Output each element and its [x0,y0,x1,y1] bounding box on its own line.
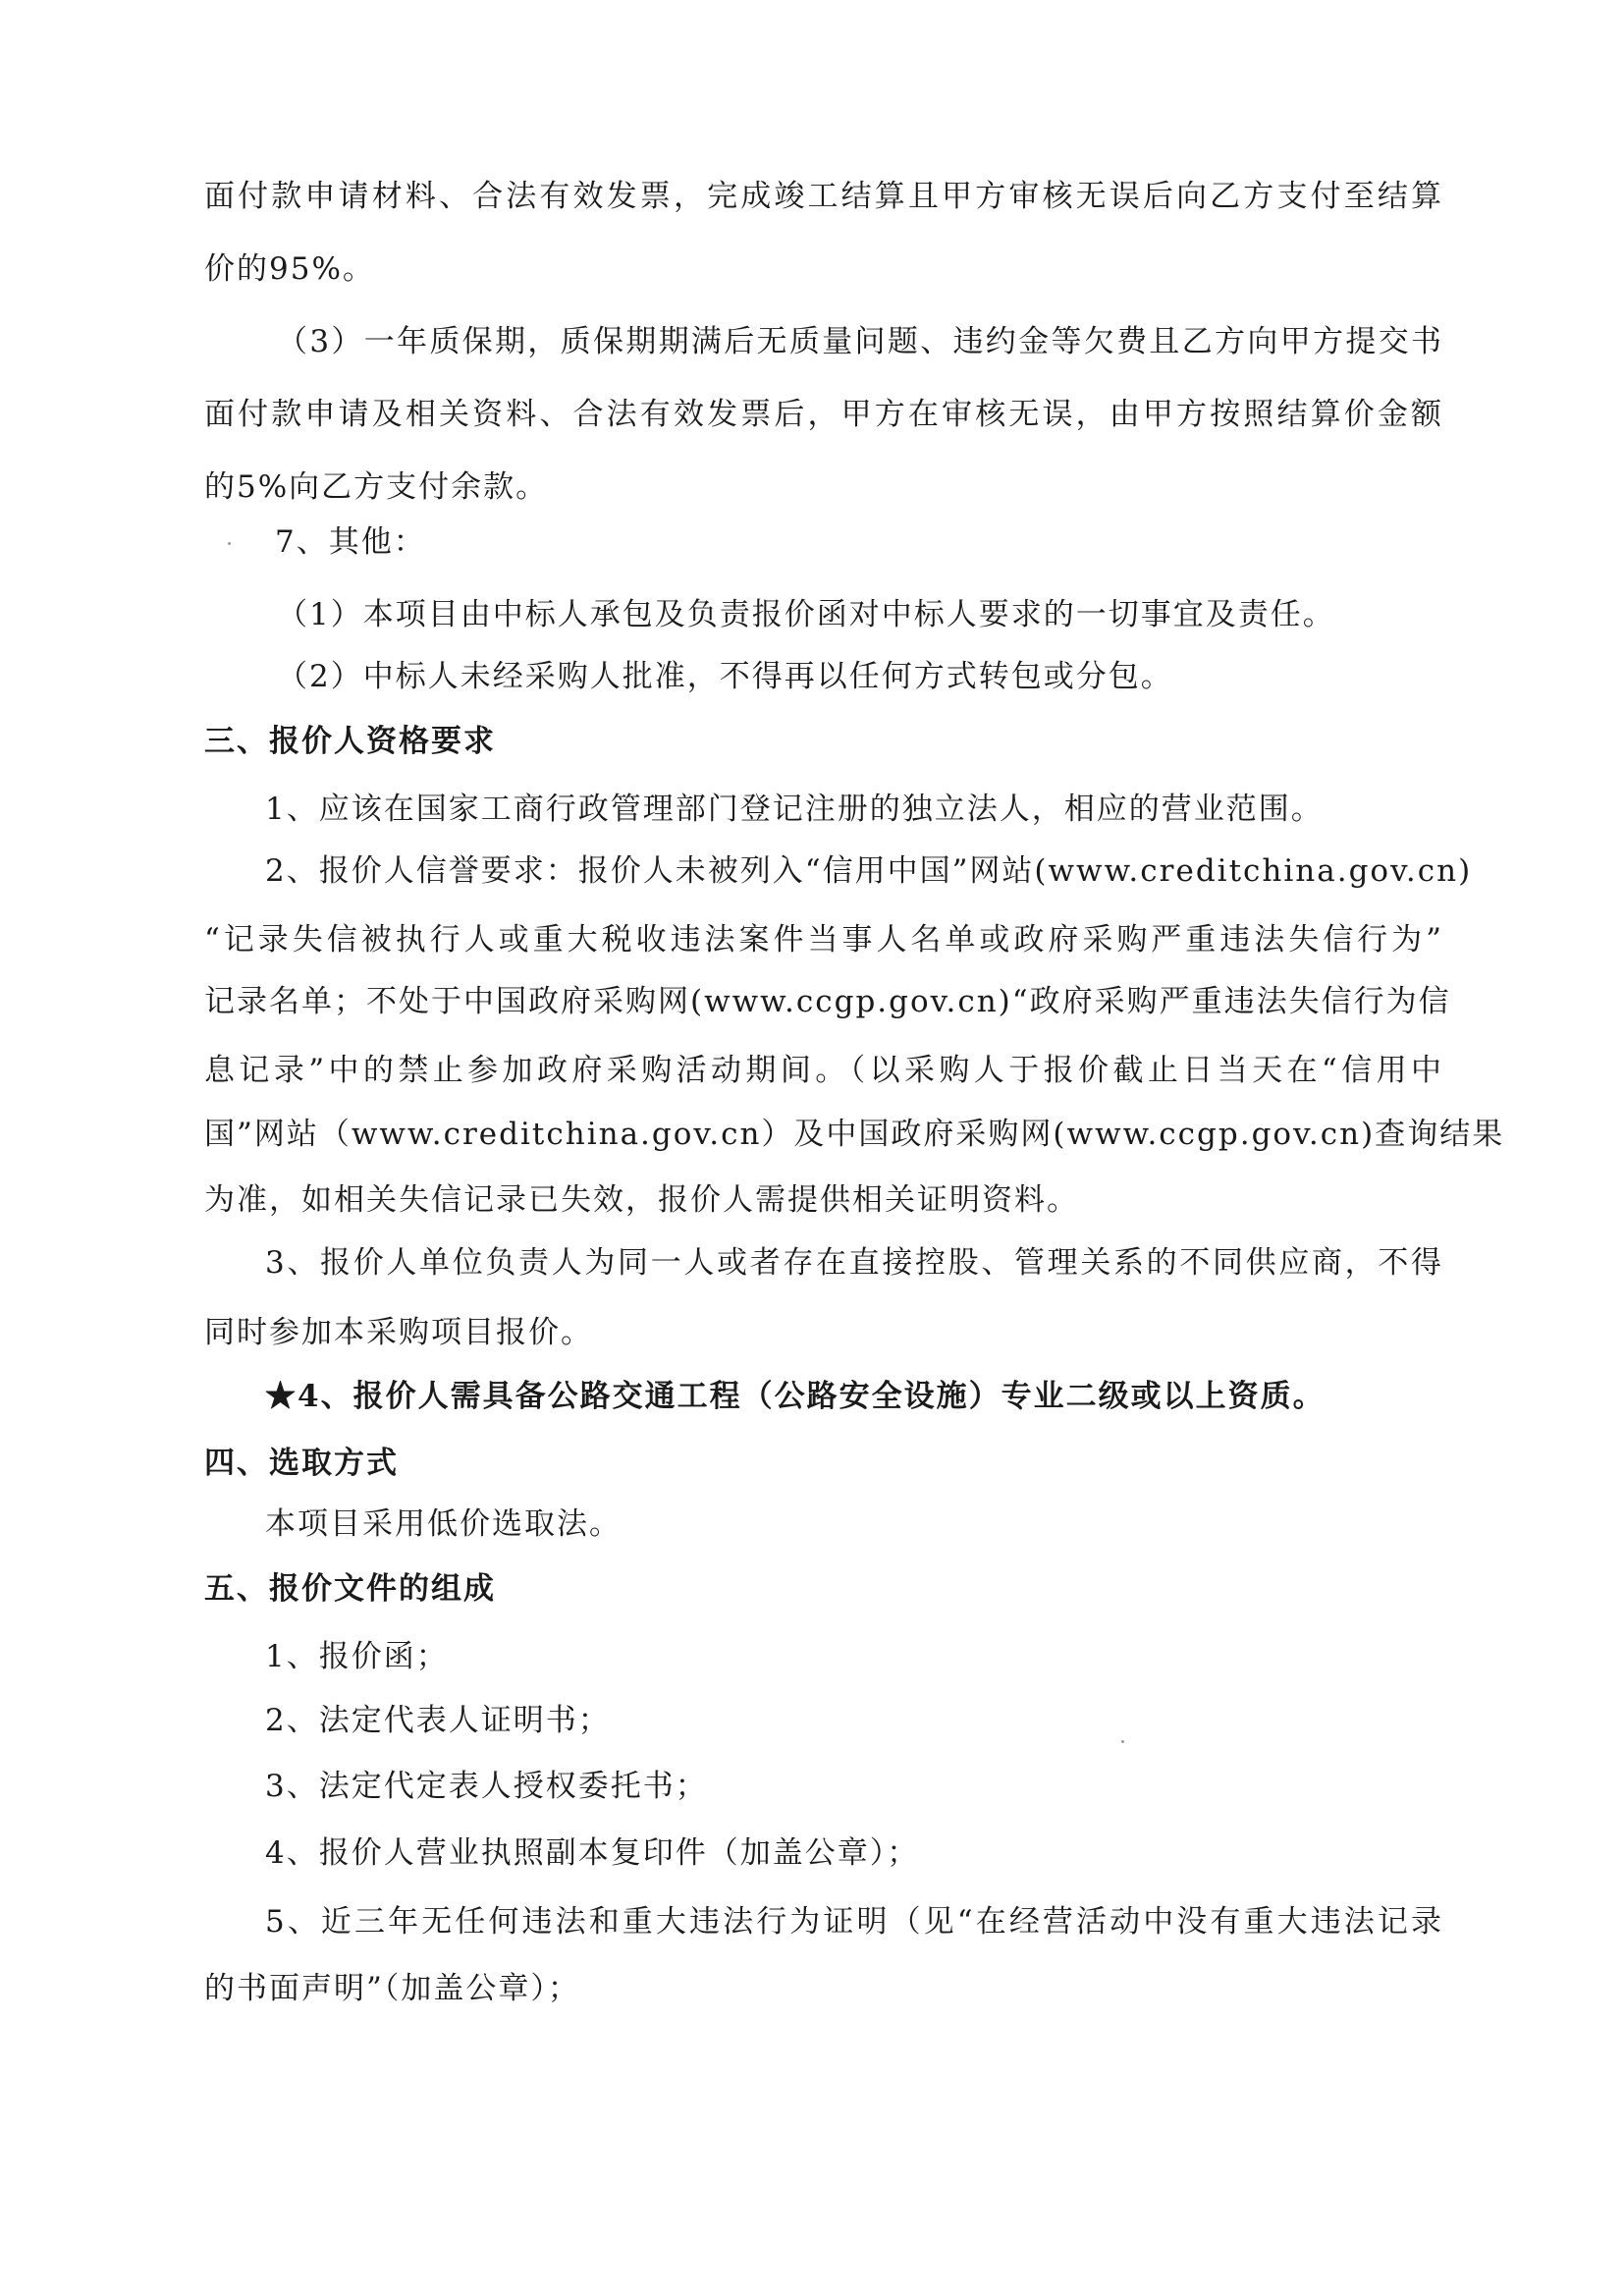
doc-item-5-end: 的书面声明”（加盖公章）； [204,1967,1443,2010]
payment-clause-3-end: 的5%向乙方支付余款。 [204,465,1443,509]
qualification-2-line2: “记录失信被执行人或重大税收违法案件当事人名单或政府采购严重违法失信行为” [204,918,1443,961]
document-page: 面付款申请材料、合法有效发票，完成竣工结算且甲方审核无误后向乙方支付至结算 价的… [0,0,1624,2296]
qualification-3-end: 同时参加本采购项目报价。 [204,1311,1443,1354]
payment-clause-3: （3）一年质保期，质保期期满后无质量问题、违约金等欠费且乙方向甲方提交书 [277,320,1443,363]
qualification-2-line5: 国”网站（www.creditchina.gov.cn）及中国政府采购网(www… [204,1113,1443,1156]
qualification-1: 1、应该在国家工商行政管理部门登记注册的独立法人，相应的营业范围。 [265,788,1443,831]
scan-speck [228,542,231,545]
payment-clause-2-continuation: 面付款申请材料、合法有效发票，完成竣工结算且甲方审核无误后向乙方支付至结算 [204,175,1443,218]
payment-clause-2-end: 价的95%。 [204,247,1443,291]
qualification-2-line4: 息记录”中的禁止参加政府采购活动期间。（以采购人于报价截止日当天在“信用中 [204,1049,1443,1092]
section-5-heading: 五、报价文件的组成 [204,1567,1443,1611]
qualification-2: 2、报价人信誉要求：报价人未被列入“信用中国”网站(www.creditchin… [265,849,1443,893]
doc-item-2: 2、法定代表人证明书； [265,1699,1443,1742]
section-other-heading: 7、其他： [275,520,1453,564]
qualification-2-end: 为准，如相关失信记录已失效，报价人需提供相关证明资料。 [204,1178,1443,1222]
qualification-3: 3、报价人单位负责人为同一人或者存在直接控股、管理关系的不同供应商，不得 [265,1241,1443,1285]
doc-item-1: 1、报价函； [265,1635,1443,1678]
qualification-2-line3: 记录名单；不处于中国政府采购网(www.ccgp.gov.cn)“政府采购严重违… [204,980,1443,1023]
scan-speck [1121,1740,1124,1743]
doc-item-3: 3、法定代定表人授权委托书； [265,1765,1443,1808]
selection-method: 本项目采用低价选取法。 [265,1503,1443,1546]
other-item-1: （1）本项目由中标人承包及负责报价函对中标人要求的一切事宜及责任。 [277,593,1443,636]
section-3-heading: 三、报价人资格要求 [204,720,1443,763]
doc-item-5: 5、近三年无任何违法和重大违法行为证明（见“在经营活动中没有重大违法记录 [265,1900,1443,1943]
qualification-4-required: ★4、报价人需具备公路交通工程（公路安全设施）专业二级或以上资质。 [265,1375,1443,1418]
other-item-2: （2）中标人未经采购人批准，不得再以任何方式转包或分包。 [277,655,1443,698]
doc-item-4: 4、报价人营业执照副本复印件（加盖公章）； [265,1831,1443,1875]
payment-clause-3-line2: 面付款申请及相关资料、合法有效发票后，甲方在审核无误，由甲方按照结算价金额 [204,393,1443,436]
section-4-heading: 四、选取方式 [204,1442,1443,1485]
